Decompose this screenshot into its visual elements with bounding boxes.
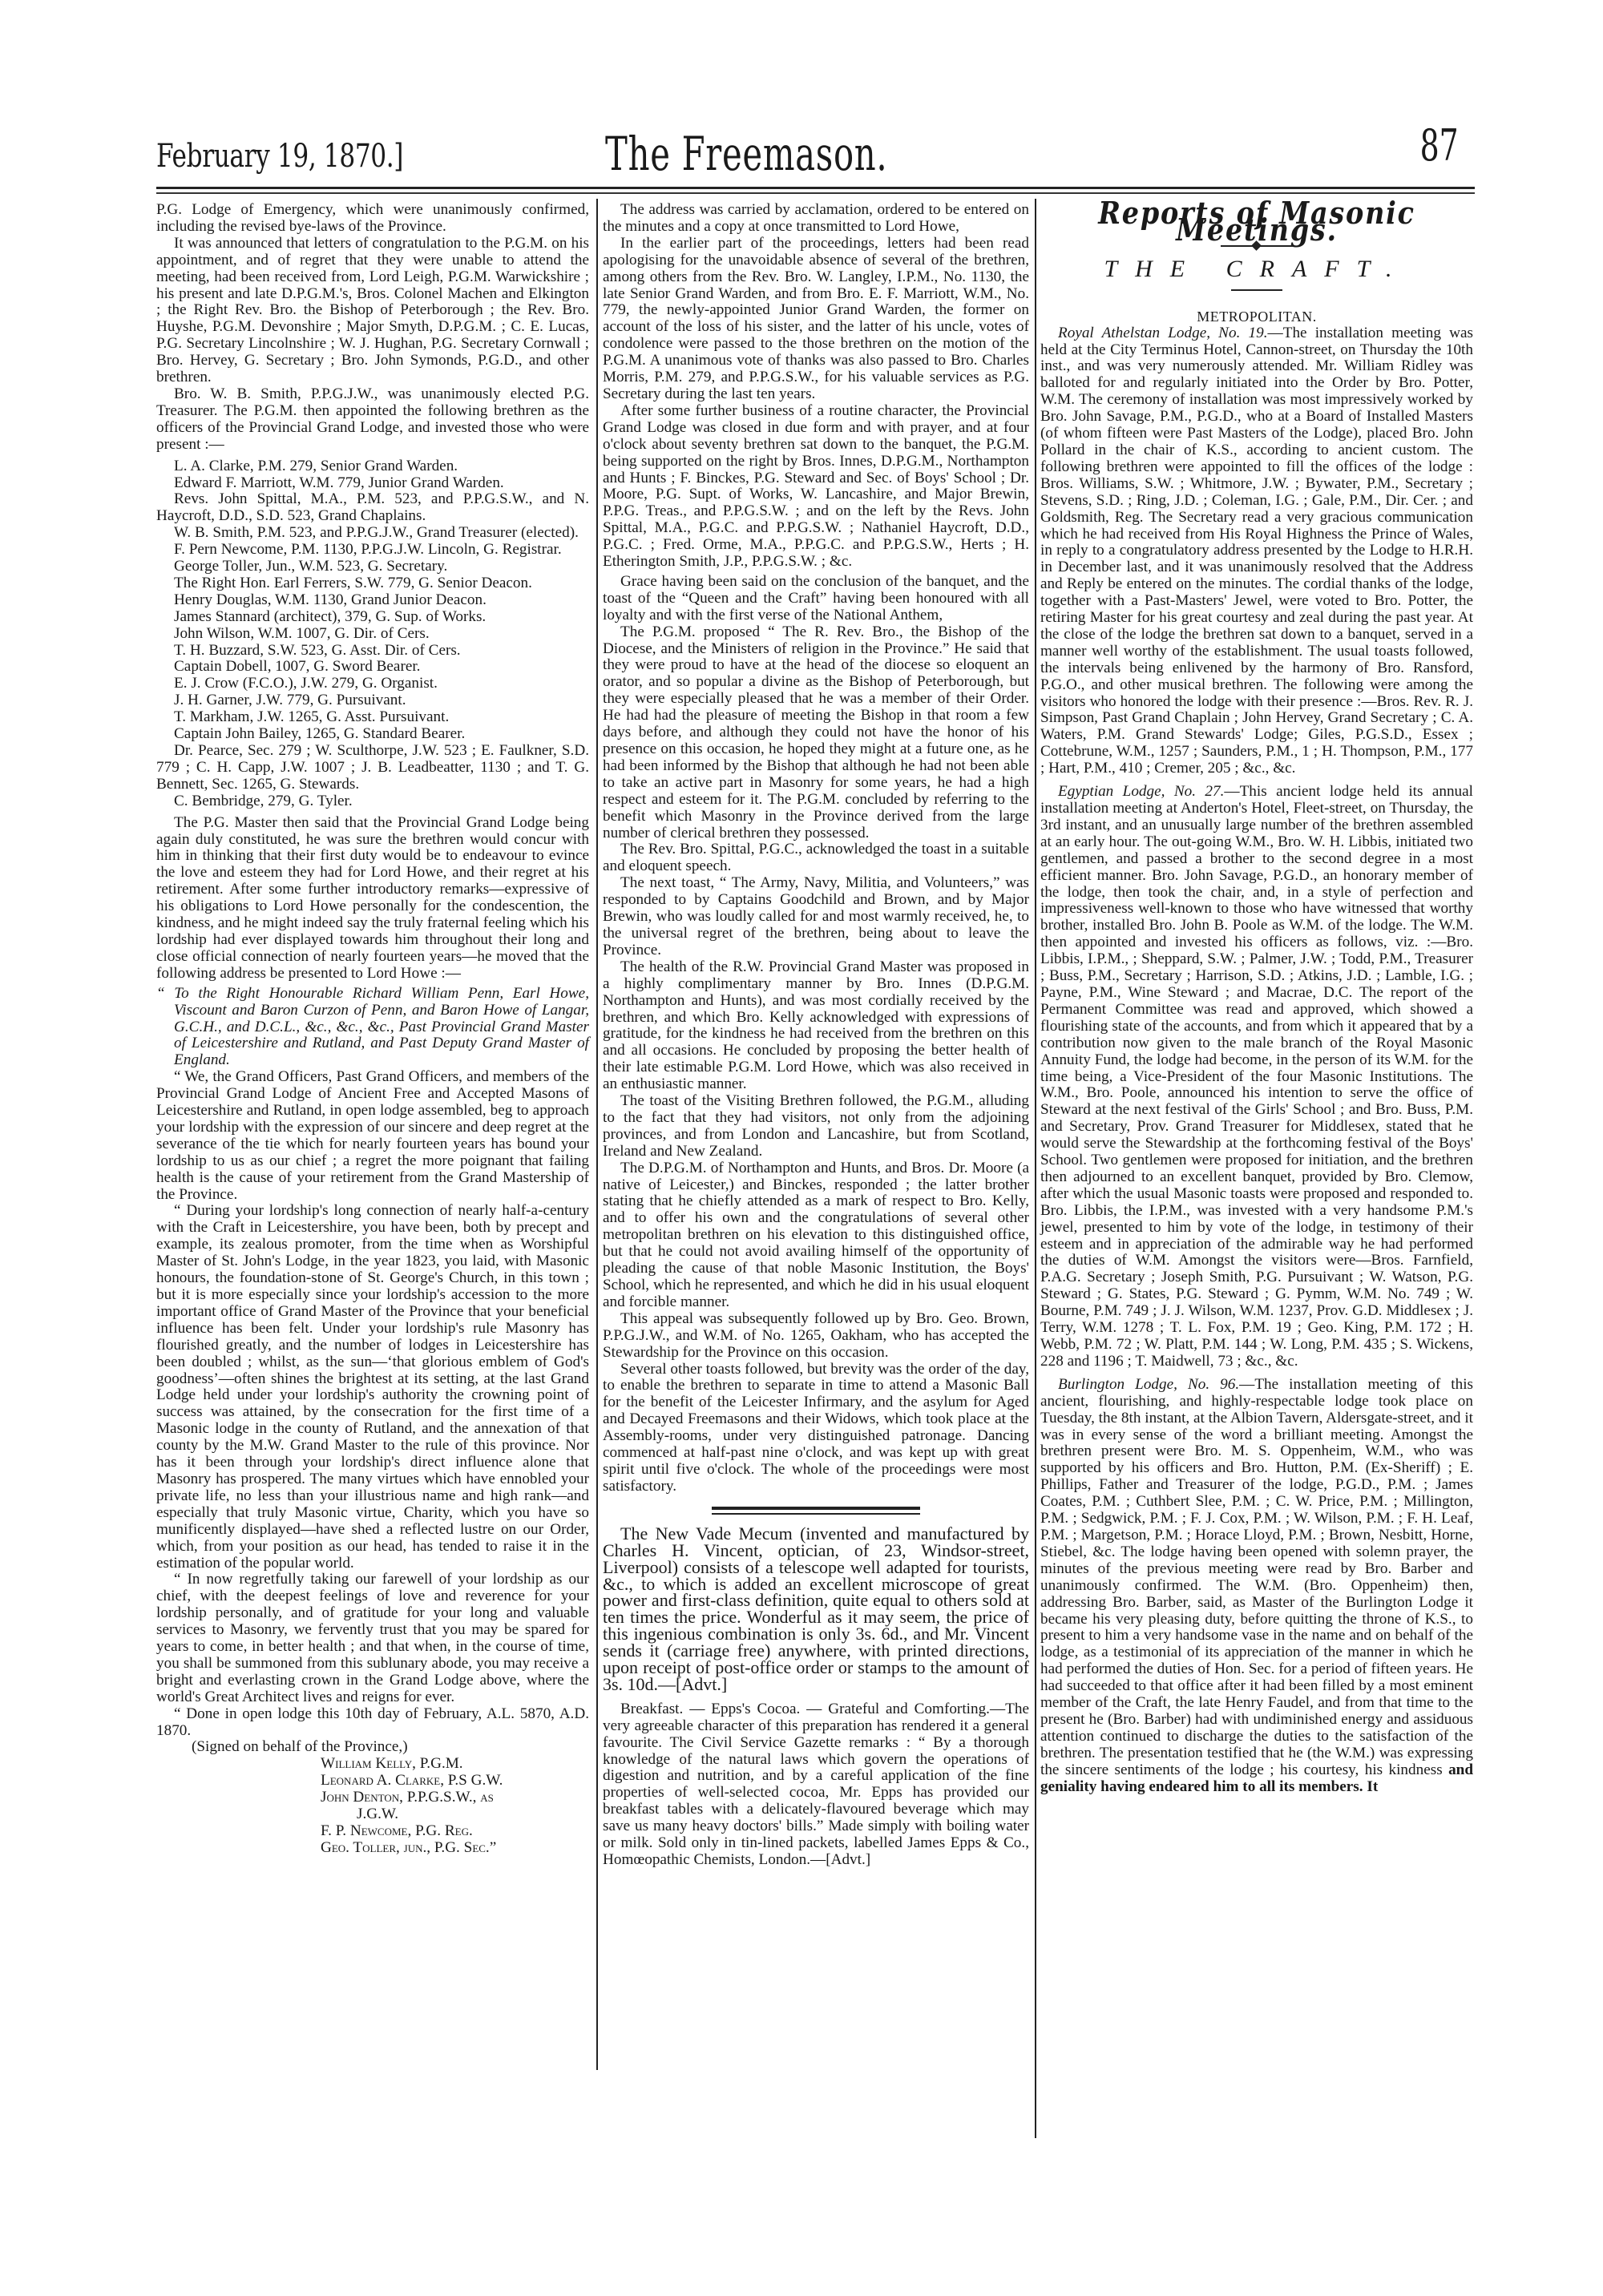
signatory: F. P. Newcome, P.G. Reg. bbox=[156, 1823, 589, 1840]
officer-entry: George Toller, Jun., W.M. 523, G. Secret… bbox=[156, 559, 589, 575]
article-paragraph: The toast of the Visiting Brethren follo… bbox=[603, 1093, 1029, 1160]
article-paragraph: Several other toasts followed, but brevi… bbox=[603, 1362, 1029, 1495]
subsection-title: THE CRAFT. bbox=[1040, 261, 1473, 278]
officer-entry: C. Bembridge, 279, G. Tyler. bbox=[156, 793, 589, 810]
officer-entry: F. Pern Newcome, P.M. 1130, P.P.G.J.W. L… bbox=[156, 542, 589, 559]
lodge-report: Burlington Lodge, No. 96.—The installati… bbox=[1040, 1377, 1473, 1796]
article-paragraph: The address was carried by acclamation, … bbox=[603, 202, 1029, 236]
lodge-report: Egyptian Lodge, No. 27.—This ancient lod… bbox=[1040, 784, 1473, 1370]
lodge-name: Royal Athelstan Lodge, No. 19. bbox=[1058, 325, 1268, 341]
officer-entry: John Wilson, W.M. 1007, G. Dir. of Cers. bbox=[156, 626, 589, 643]
officer-entry: Captain Dobell, 1007, G. Sword Bearer. bbox=[156, 659, 589, 676]
issue-date: February 19, 1870.] bbox=[156, 138, 403, 175]
article-paragraph: Bro. W. B. Smith, P.P.G.J.W., was unanim… bbox=[156, 386, 589, 454]
article-paragraph: The P.G.M. proposed “ The R. Rev. Bro., … bbox=[603, 624, 1029, 842]
masthead-rule-secondary bbox=[156, 192, 1475, 194]
article-paragraph: P.G. Lodge of Emergency, which were unan… bbox=[156, 202, 589, 236]
page-number: 87 bbox=[1420, 120, 1459, 171]
officer-entry: T. Markham, J.W. 1265, G. Asst. Pursuiva… bbox=[156, 709, 589, 726]
column-2: The address was carried by acclamation, … bbox=[603, 202, 1029, 1869]
article-paragraph: The next toast, “ The Army, Navy, Militi… bbox=[603, 875, 1029, 959]
article-paragraph: In the earlier part of the proceedings, … bbox=[603, 236, 1029, 403]
officer-entry: W. B. Smith, P.M. 523, and P.P.G.J.W., G… bbox=[156, 525, 589, 542]
report-text: —The installation meeting of this ancien… bbox=[1040, 1376, 1473, 1778]
report-text: —The installation meeting was held at th… bbox=[1040, 325, 1473, 777]
ornamental-rule bbox=[1221, 245, 1293, 247]
officer-entry: E. J. Crow (F.C.O.), J.W. 279, G. Organi… bbox=[156, 676, 589, 692]
address-paragraph: “ During your lordship's long connection… bbox=[156, 1203, 589, 1572]
officer-entry: The Right Hon. Earl Ferrers, S.W. 779, G… bbox=[156, 575, 589, 592]
lodge-report: Royal Athelstan Lodge, No. 19.—The insta… bbox=[1040, 325, 1473, 777]
article-paragraph: It was announced that letters of congrat… bbox=[156, 236, 589, 386]
officer-entry: Edward F. Marriott, W.M. 779, Junior Gra… bbox=[156, 475, 589, 492]
address-paragraph: “ We, the Grand Officers, Past Grand Off… bbox=[156, 1069, 589, 1203]
article-paragraph: Grace having been said on the conclusion… bbox=[603, 574, 1029, 624]
article-paragraph: This appeal was subsequently followed up… bbox=[603, 1311, 1029, 1362]
signed-line: (Signed on behalf of the Province,) bbox=[156, 1739, 589, 1756]
masthead: February 19, 1870.] The Freemason. 87 bbox=[156, 120, 1475, 184]
lodge-name: Egyptian Lodge, No. 27. bbox=[1058, 783, 1224, 800]
officer-entry: J. H. Garner, J.W. 779, G. Pursuivant. bbox=[156, 692, 589, 709]
article-paragraph: The Rev. Bro. Spittal, P.G.C., acknowled… bbox=[603, 841, 1029, 875]
short-rule bbox=[1231, 289, 1282, 291]
signatory-continued: J.G.W. bbox=[156, 1806, 589, 1823]
officer-entry: Captain John Bailey, 1265, G. Standard B… bbox=[156, 726, 589, 743]
officer-entry: L. A. Clarke, P.M. 279, Senior Grand War… bbox=[156, 458, 589, 475]
signatory: William Kelly, P.G.M. bbox=[156, 1756, 589, 1773]
region-heading: METROPOLITAN. bbox=[1040, 309, 1473, 325]
officer-entry: James Stannard (architect), 379, G. Sup.… bbox=[156, 609, 589, 626]
section-title: Reports of Masonic Meetings. bbox=[1066, 205, 1447, 239]
signatory: John Denton, P.P.G.S.W., as bbox=[156, 1790, 589, 1806]
column-divider-1 bbox=[596, 199, 598, 2070]
signatory: Leonard A. Clarke, P.S G.W. bbox=[156, 1773, 589, 1790]
signatory: Geo. Toller, jun., P.G. Sec.” bbox=[156, 1840, 589, 1857]
advertisement-epps-cocoa: Breakfast. — Epps's Cocoa. — Grateful an… bbox=[603, 1701, 1029, 1869]
officer-entry: T. H. Buzzard, S.W. 523, G. Asst. Dir. o… bbox=[156, 643, 589, 660]
publication-title: The Freemason. bbox=[605, 127, 887, 181]
column-1: P.G. Lodge of Emergency, which were unan… bbox=[156, 202, 589, 1857]
article-paragraph: The health of the R.W. Provincial Grand … bbox=[603, 959, 1029, 1093]
section-separator bbox=[712, 1507, 920, 1515]
officer-entry: Dr. Pearce, Sec. 279 ; W. Sculthorpe, J.… bbox=[156, 743, 589, 793]
article-paragraph: The D.P.G.M. of Northampton and Hunts, a… bbox=[603, 1160, 1029, 1311]
address-heading: “ To the Right Honourable Richard Willia… bbox=[156, 986, 589, 1070]
column-divider-2 bbox=[1035, 199, 1036, 2138]
address-paragraph: “ In now regretfully taking our farewell… bbox=[156, 1572, 589, 1705]
article-paragraph: The P.G. Master then said that the Provi… bbox=[156, 815, 589, 983]
report-text: —This ancient lodge held its annual inst… bbox=[1040, 783, 1473, 1370]
address-paragraph: “ Done in open lodge this 10th day of Fe… bbox=[156, 1706, 589, 1740]
masthead-rule bbox=[156, 187, 1475, 189]
lodge-name: Burlington Lodge, No. 96. bbox=[1058, 1376, 1239, 1393]
advertisement-vade-mecum: The New Vade Mecum (invented and manufac… bbox=[603, 1526, 1029, 1693]
article-paragraph: After some further business of a routine… bbox=[603, 403, 1029, 571]
column-3: Reports of Masonic Meetings. THE CRAFT. … bbox=[1040, 202, 1473, 1795]
officer-entry: Henry Douglas, W.M. 1130, Grand Junior D… bbox=[156, 592, 589, 609]
officer-entry: Revs. John Spittal, M.A., P.M. 523, and … bbox=[156, 491, 589, 525]
